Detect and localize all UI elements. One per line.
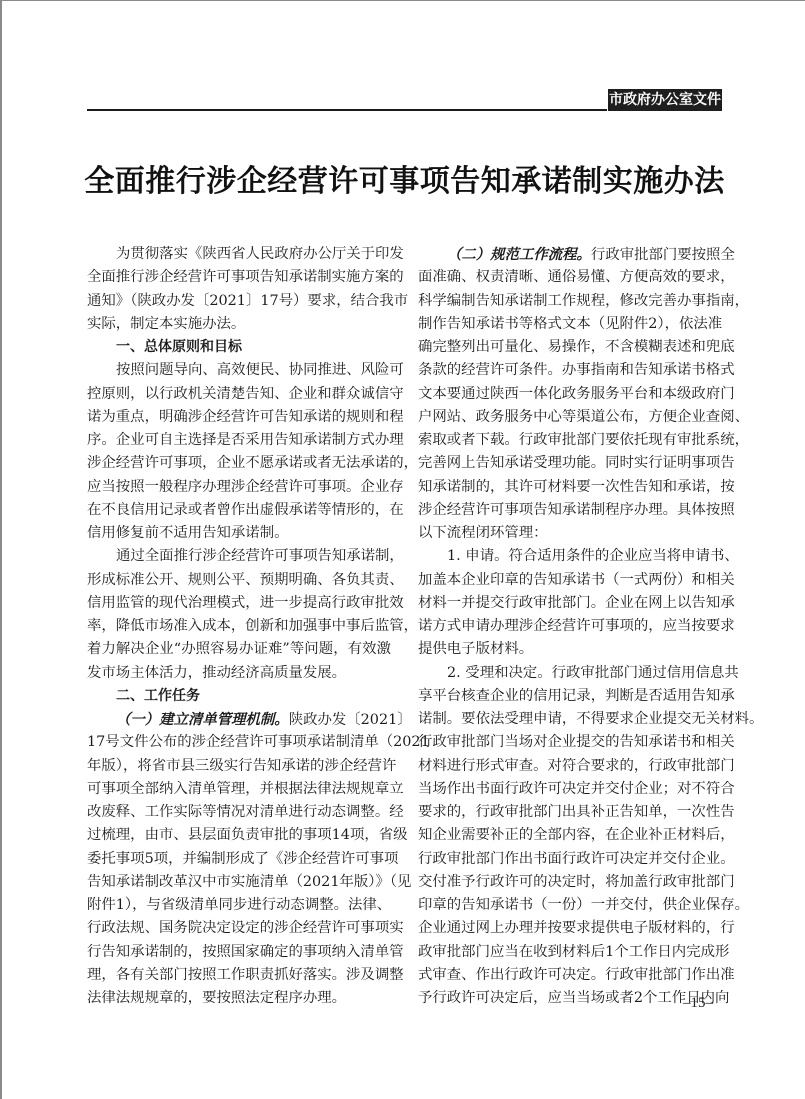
- subsection-heading: （一）建立清单管理机制。: [116, 711, 289, 728]
- paragraph-line: （二）规范工作流程。行政审批部门要按照全: [418, 243, 722, 266]
- paragraph-line: 当场作出书面行政许可决定并交付企业；对不符合: [418, 778, 722, 801]
- paragraph-line: 告知承诺制改革汉中市实施清单（2021年版）》（见: [87, 871, 391, 894]
- paragraph-line: （一）建立清单管理机制。陕政办发〔2021〕: [87, 708, 391, 731]
- paragraph-line: 17号文件公布的涉企经营许可事项承诺制清单（2021: [87, 731, 391, 754]
- paragraph-line: 可事项全部纳入清单管理，并根据法律法规规章立: [87, 778, 391, 801]
- paragraph-line: 知企业需要补正的全部内容，在企业补正材料后，: [418, 824, 722, 847]
- paragraph-line: 改废释、工作实际等情况对清单进行动态调整。经: [87, 801, 391, 824]
- paragraph-text: 陕政办发〔2021〕: [289, 712, 412, 728]
- right-column: （二）规范工作流程。行政审批部门要按照全 面准确、权责清晰、通俗易懂、方便高效的…: [418, 243, 722, 1010]
- paragraph-line: 涉企经营许可事项告知承诺制程序办理。具体按照: [418, 499, 722, 522]
- paragraph-line: 信用修复前不适用告知承诺制。: [87, 522, 391, 545]
- paragraph-line: 行政审批部门作出书面行政许可决定并交付企业。: [418, 848, 722, 871]
- paragraph-line: 年版），将省市县三级实行告知承诺的涉企经营许: [87, 755, 391, 778]
- paragraph-line: 着力解决企业“办照容易办证难”等问题，有效激: [87, 638, 391, 661]
- paragraph-line: 委托事项5项，并编制形成了《涉企经营许可事项: [87, 848, 391, 871]
- paragraph-line: 面准确、权责清晰、通俗易懂、方便高效的要求，: [418, 266, 722, 289]
- document-title: 全面推行涉企经营许可事项告知承诺制实施办法: [62, 162, 747, 202]
- paragraph-line: 材料进行形式审查。对符合要求的，行政审批部门: [418, 755, 722, 778]
- paragraph-line: 政审批部门应当在收到材料后1个工作日内完成形: [418, 941, 722, 964]
- paragraph-line: 印章的告知承诺书（一份）一并交付，供企业保存。: [418, 894, 722, 917]
- paragraph-line: 实际，制定本实施办法。: [87, 313, 391, 336]
- paragraph-line: 科学编制告知承诺制工作规程，修改完善办事指南，: [418, 290, 722, 313]
- paragraph-line: 全面推行涉企经营许可事项告知承诺制实施方案的: [87, 266, 391, 289]
- paragraph-line: 序。企业可自主选择是否采用告知承诺制方式办理: [87, 429, 391, 452]
- paragraph-line: 户网站、政务服务中心等渠道公布，方便企业查阅、: [418, 406, 722, 429]
- paragraph-line: 通知》（陕政办发〔2021〕17号）要求，结合我市: [87, 290, 391, 313]
- paragraph-line: 发市场主体活力，推动经济高质量发展。: [87, 662, 391, 685]
- paragraph-text: 行政审批部门要按照全: [591, 247, 735, 263]
- paragraph-line: 诺为重点，明确涉企经营许可告知承诺的规则和程: [87, 406, 391, 429]
- page-number: –15–: [683, 995, 713, 1012]
- paragraph-line: 确完整列出可量化、易操作，不含模糊表述和兜底: [418, 336, 722, 359]
- paragraph-line: 行政法规、国务院决定设定的涉企经营许可事项实: [87, 917, 391, 940]
- paragraph-line: 诺制。要依法受理申请，不得要求企业提交无关材料。: [418, 708, 722, 731]
- paragraph-line: 2. 受理和决定。行政审批部门通过信用信息共: [418, 662, 722, 685]
- paragraph-line: 通过全面推行涉企经营许可事项告知承诺制，: [87, 545, 391, 568]
- paragraph-line: 加盖本企业印章的告知承诺书（一式两份）和相关: [418, 569, 722, 592]
- paragraph-line: 知承诺制的，其许可材料要一次性告知和承诺，按: [418, 476, 722, 499]
- paragraph-line: 行政审批部门当场对企业提交的告知承诺书和相关: [418, 731, 722, 754]
- paragraph-line: 率，降低市场准入成本，创新和加强事中事后监管，: [87, 615, 391, 638]
- section-heading: 二、工作任务: [87, 685, 391, 708]
- paragraph-line: 制作告知承诺书等格式文本（见附件2），依法准: [418, 313, 722, 336]
- paragraph-line: 交付准予行政许可的决定时，将加盖行政审批部门: [418, 871, 722, 894]
- paragraph-line: 提供电子版材料。: [418, 638, 722, 661]
- paragraph-line: 式审查、作出行政许可决定。行政审批部门作出准: [418, 964, 722, 987]
- section-heading: 一、总体原则和目标: [87, 336, 391, 359]
- paragraph-line: 附件1），与省级清单同步进行动态调整。法律、: [87, 894, 391, 917]
- section-tag: 市政府办公室文件: [608, 89, 722, 111]
- paragraph-line: 涉企经营许可事项，企业不愿承诺或者无法承诺的，: [87, 452, 391, 475]
- paragraph-line: 要求的，行政审批部门出具补正告知单，一次性告: [418, 801, 722, 824]
- paragraph-line: 文本要通过陕西一体化政务服务平台和本级政府门: [418, 383, 722, 406]
- paragraph-line: 应当按照一般程序办理涉企经营许可事项。企业存: [87, 476, 391, 499]
- paragraph-line: 过梳理，由市、县层面负责审批的事项14项，省级: [87, 824, 391, 847]
- subsection-heading: （二）规范工作流程。: [447, 246, 591, 263]
- left-column: 为贯彻落实《陕西省人民政府办公厅关于印发 全面推行涉企经营许可事项告知承诺制实施…: [87, 243, 391, 1010]
- paragraph-line: 以下流程闭环管理：: [418, 522, 722, 545]
- header-rule: [87, 109, 607, 111]
- paragraph-line: 为贯彻落实《陕西省人民政府办公厅关于印发: [87, 243, 391, 266]
- paragraph-line: 予行政许可决定后，应当当场或者2个工作日内向: [418, 987, 722, 1010]
- paragraph-line: 条款的经营许可条件。办事指南和告知承诺书格式: [418, 359, 722, 382]
- paragraph-line: 行告知承诺制的，按照国家确定的事项纳入清单管: [87, 941, 391, 964]
- paragraph-line: 1. 申请。符合适用条件的企业应当将申请书、: [418, 545, 722, 568]
- paragraph-line: 在不良信用记录或者曾作出虚假承诺等情形的，在: [87, 499, 391, 522]
- paragraph-line: 理，各有关部门按照工作职责抓好落实。涉及调整: [87, 964, 391, 987]
- paragraph-line: 形成标准公开、规则公平、预期明确、各负其责、: [87, 569, 391, 592]
- paragraph-line: 诺方式申请办理涉企经营许可事项的，应当按要求: [418, 615, 722, 638]
- paragraph-line: 完善网上告知承诺受理功能。同时实行证明事项告: [418, 452, 722, 475]
- paragraph-line: 索取或者下载。行政审批部门要依托现有审批系统，: [418, 429, 722, 452]
- paragraph-line: 材料一并提交行政审批部门。企业在网上以告知承: [418, 592, 722, 615]
- paragraph-line: 企业通过网上办理并按要求提供电子版材料的，行: [418, 917, 722, 940]
- paragraph-line: 法律法规规章的，要按照法定程序办理。: [87, 987, 391, 1010]
- paragraph-line: 按照问题导向、高效便民、协同推进、风险可: [87, 359, 391, 382]
- paragraph-line: 享平台核查企业的信用记录，判断是否适用告知承: [418, 685, 722, 708]
- paragraph-line: 控原则，以行政机关清楚告知、企业和群众诚信守: [87, 383, 391, 406]
- paragraph-line: 信用监管的现代治理模式，进一步提高行政审批效: [87, 592, 391, 615]
